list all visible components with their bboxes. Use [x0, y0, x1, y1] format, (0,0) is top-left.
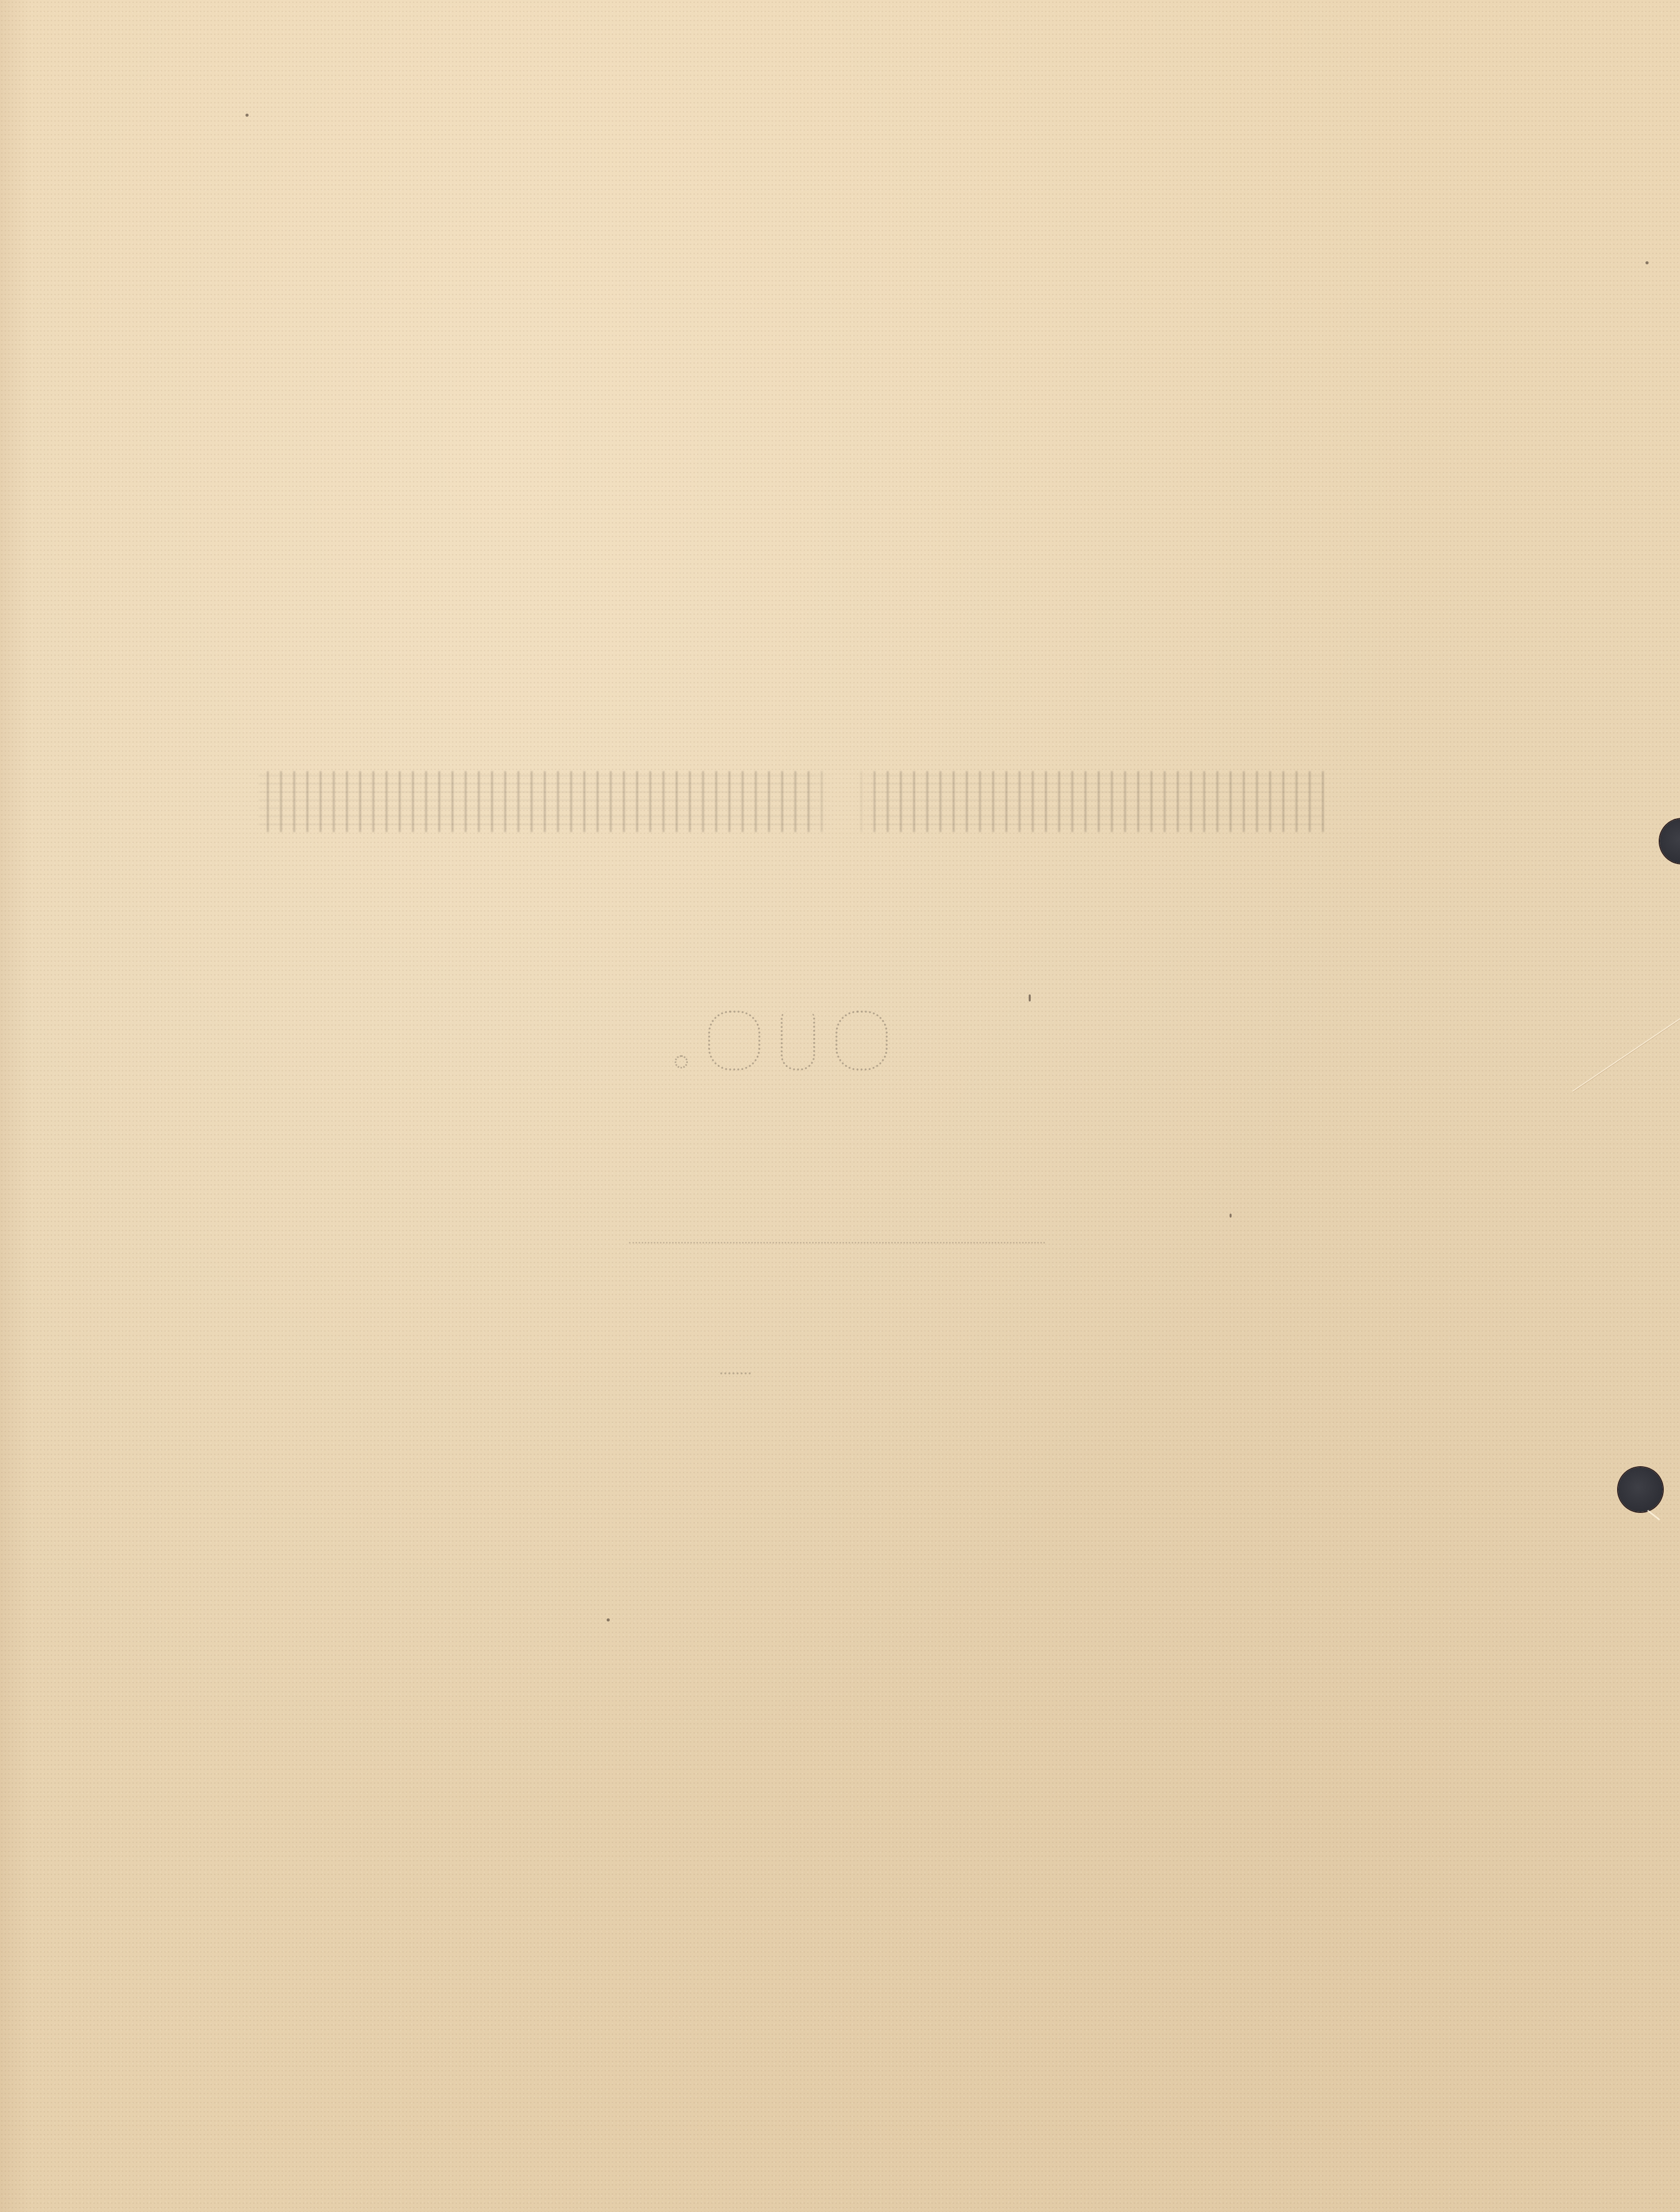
bleed-through-rule-line [629, 1242, 1045, 1243]
binder-hole-bottom [1618, 1467, 1663, 1512]
paper-crease [1572, 1017, 1680, 1092]
bleed-through-glyph [708, 1011, 760, 1070]
paper-speck [607, 1618, 610, 1621]
bleed-through-specks [720, 1372, 751, 1378]
bleed-through-number-text: [illegible bleed-through number] [675, 1070, 675, 1070]
binder-hole-top [1660, 819, 1680, 863]
paper-speck [1230, 1214, 1232, 1218]
paper-speck [1646, 261, 1649, 264]
bleed-through-dot [675, 1055, 688, 1068]
bleed-through-title-text: [illegible bleed-through text] [258, 751, 259, 751]
binder-hole-tear [1647, 1510, 1660, 1520]
paper-speck [1029, 994, 1031, 1001]
bleed-through-number: [illegible bleed-through number] [675, 994, 908, 1070]
bleed-through-glyph [781, 1013, 815, 1070]
paper-speck [246, 114, 249, 117]
scanned-paper-page: [illegible bleed-through text] [illegibl… [0, 0, 1680, 2212]
bleed-through-title-strokes [259, 771, 1324, 832]
bleed-through-title: [illegible bleed-through text] [223, 751, 1359, 852]
bleed-through-glyph [835, 1011, 888, 1070]
paper-grain-texture [0, 0, 1680, 2212]
scan-edge-shade [0, 0, 30, 2212]
